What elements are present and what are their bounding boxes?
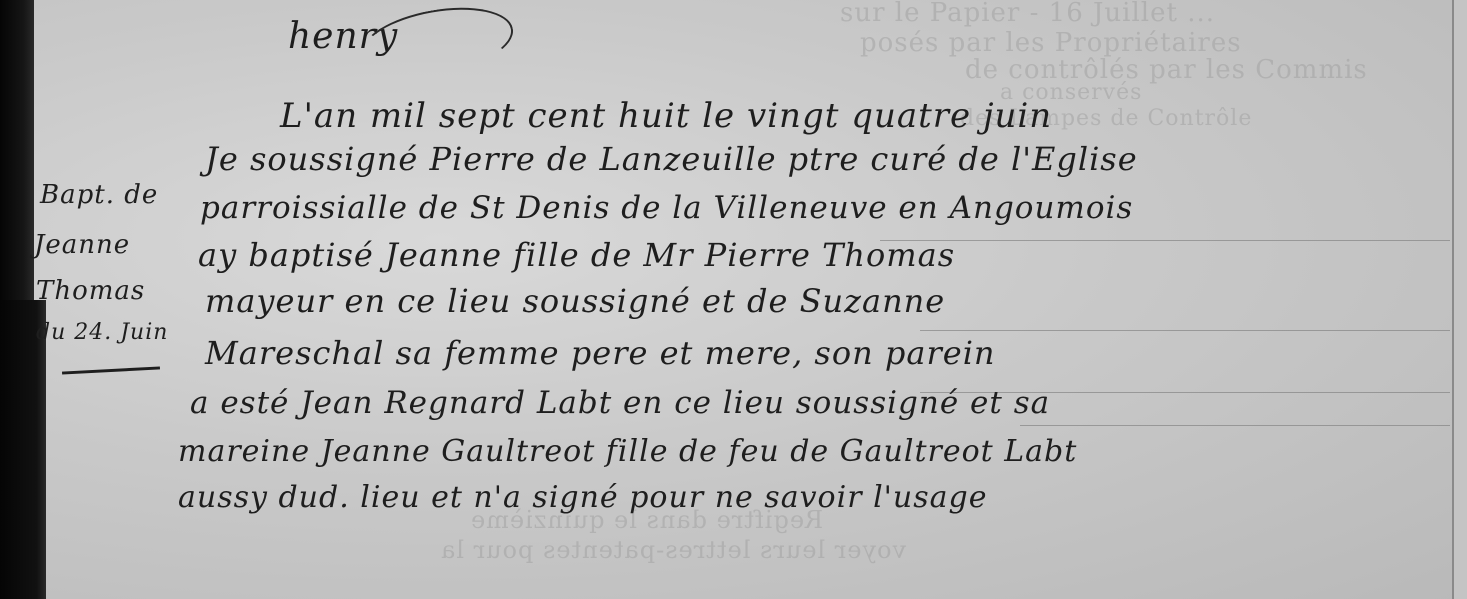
bleed-through-line: voyer leurs lettres-patentes pour la (440, 536, 906, 564)
body-line-5: mayeur en ce lieu soussigné et de Suzann… (205, 282, 945, 320)
body-line-4: ay baptisé Jeanne fille de Mr Pierre Tho… (198, 236, 955, 274)
ruled-line (1020, 425, 1450, 426)
margin-note-line: Bapt. de (40, 180, 158, 210)
margin-note-line: Jeanne (34, 230, 130, 260)
ruled-line (920, 330, 1450, 331)
body-line-1: L'an mil sept cent huit le vingt quatre … (280, 96, 1052, 136)
ruled-line (880, 240, 1450, 241)
margin-note-line: Thomas (36, 276, 145, 306)
body-line-6: Mareschal sa femme pere et mere, son par… (205, 334, 996, 372)
signature-flourish-icon (356, 0, 519, 87)
body-line-3: parroissialle de St Denis de la Villeneu… (200, 190, 1133, 226)
scanned-register-page: sur le Papier - 16 Juillet ... posés par… (0, 0, 1467, 599)
body-line-9: aussy dud. lieu et n'a signé pour ne sav… (178, 480, 987, 515)
body-line-7: a esté Jean Regnard Labt en ce lieu sous… (190, 385, 1050, 421)
margin-underline (62, 366, 160, 374)
body-line-2: Je soussigné Pierre de Lanzeuille ptre c… (205, 140, 1138, 178)
bleed-through-line: posés par les Propriétaires (860, 28, 1242, 58)
right-page-edge (1454, 0, 1467, 599)
body-line-8: mareine Jeanne Gaultreot fille de feu de… (178, 434, 1077, 469)
margin-note-line: du 24. Juin (36, 320, 168, 345)
bleed-through-line: sur le Papier - 16 Juillet ... (840, 0, 1215, 28)
